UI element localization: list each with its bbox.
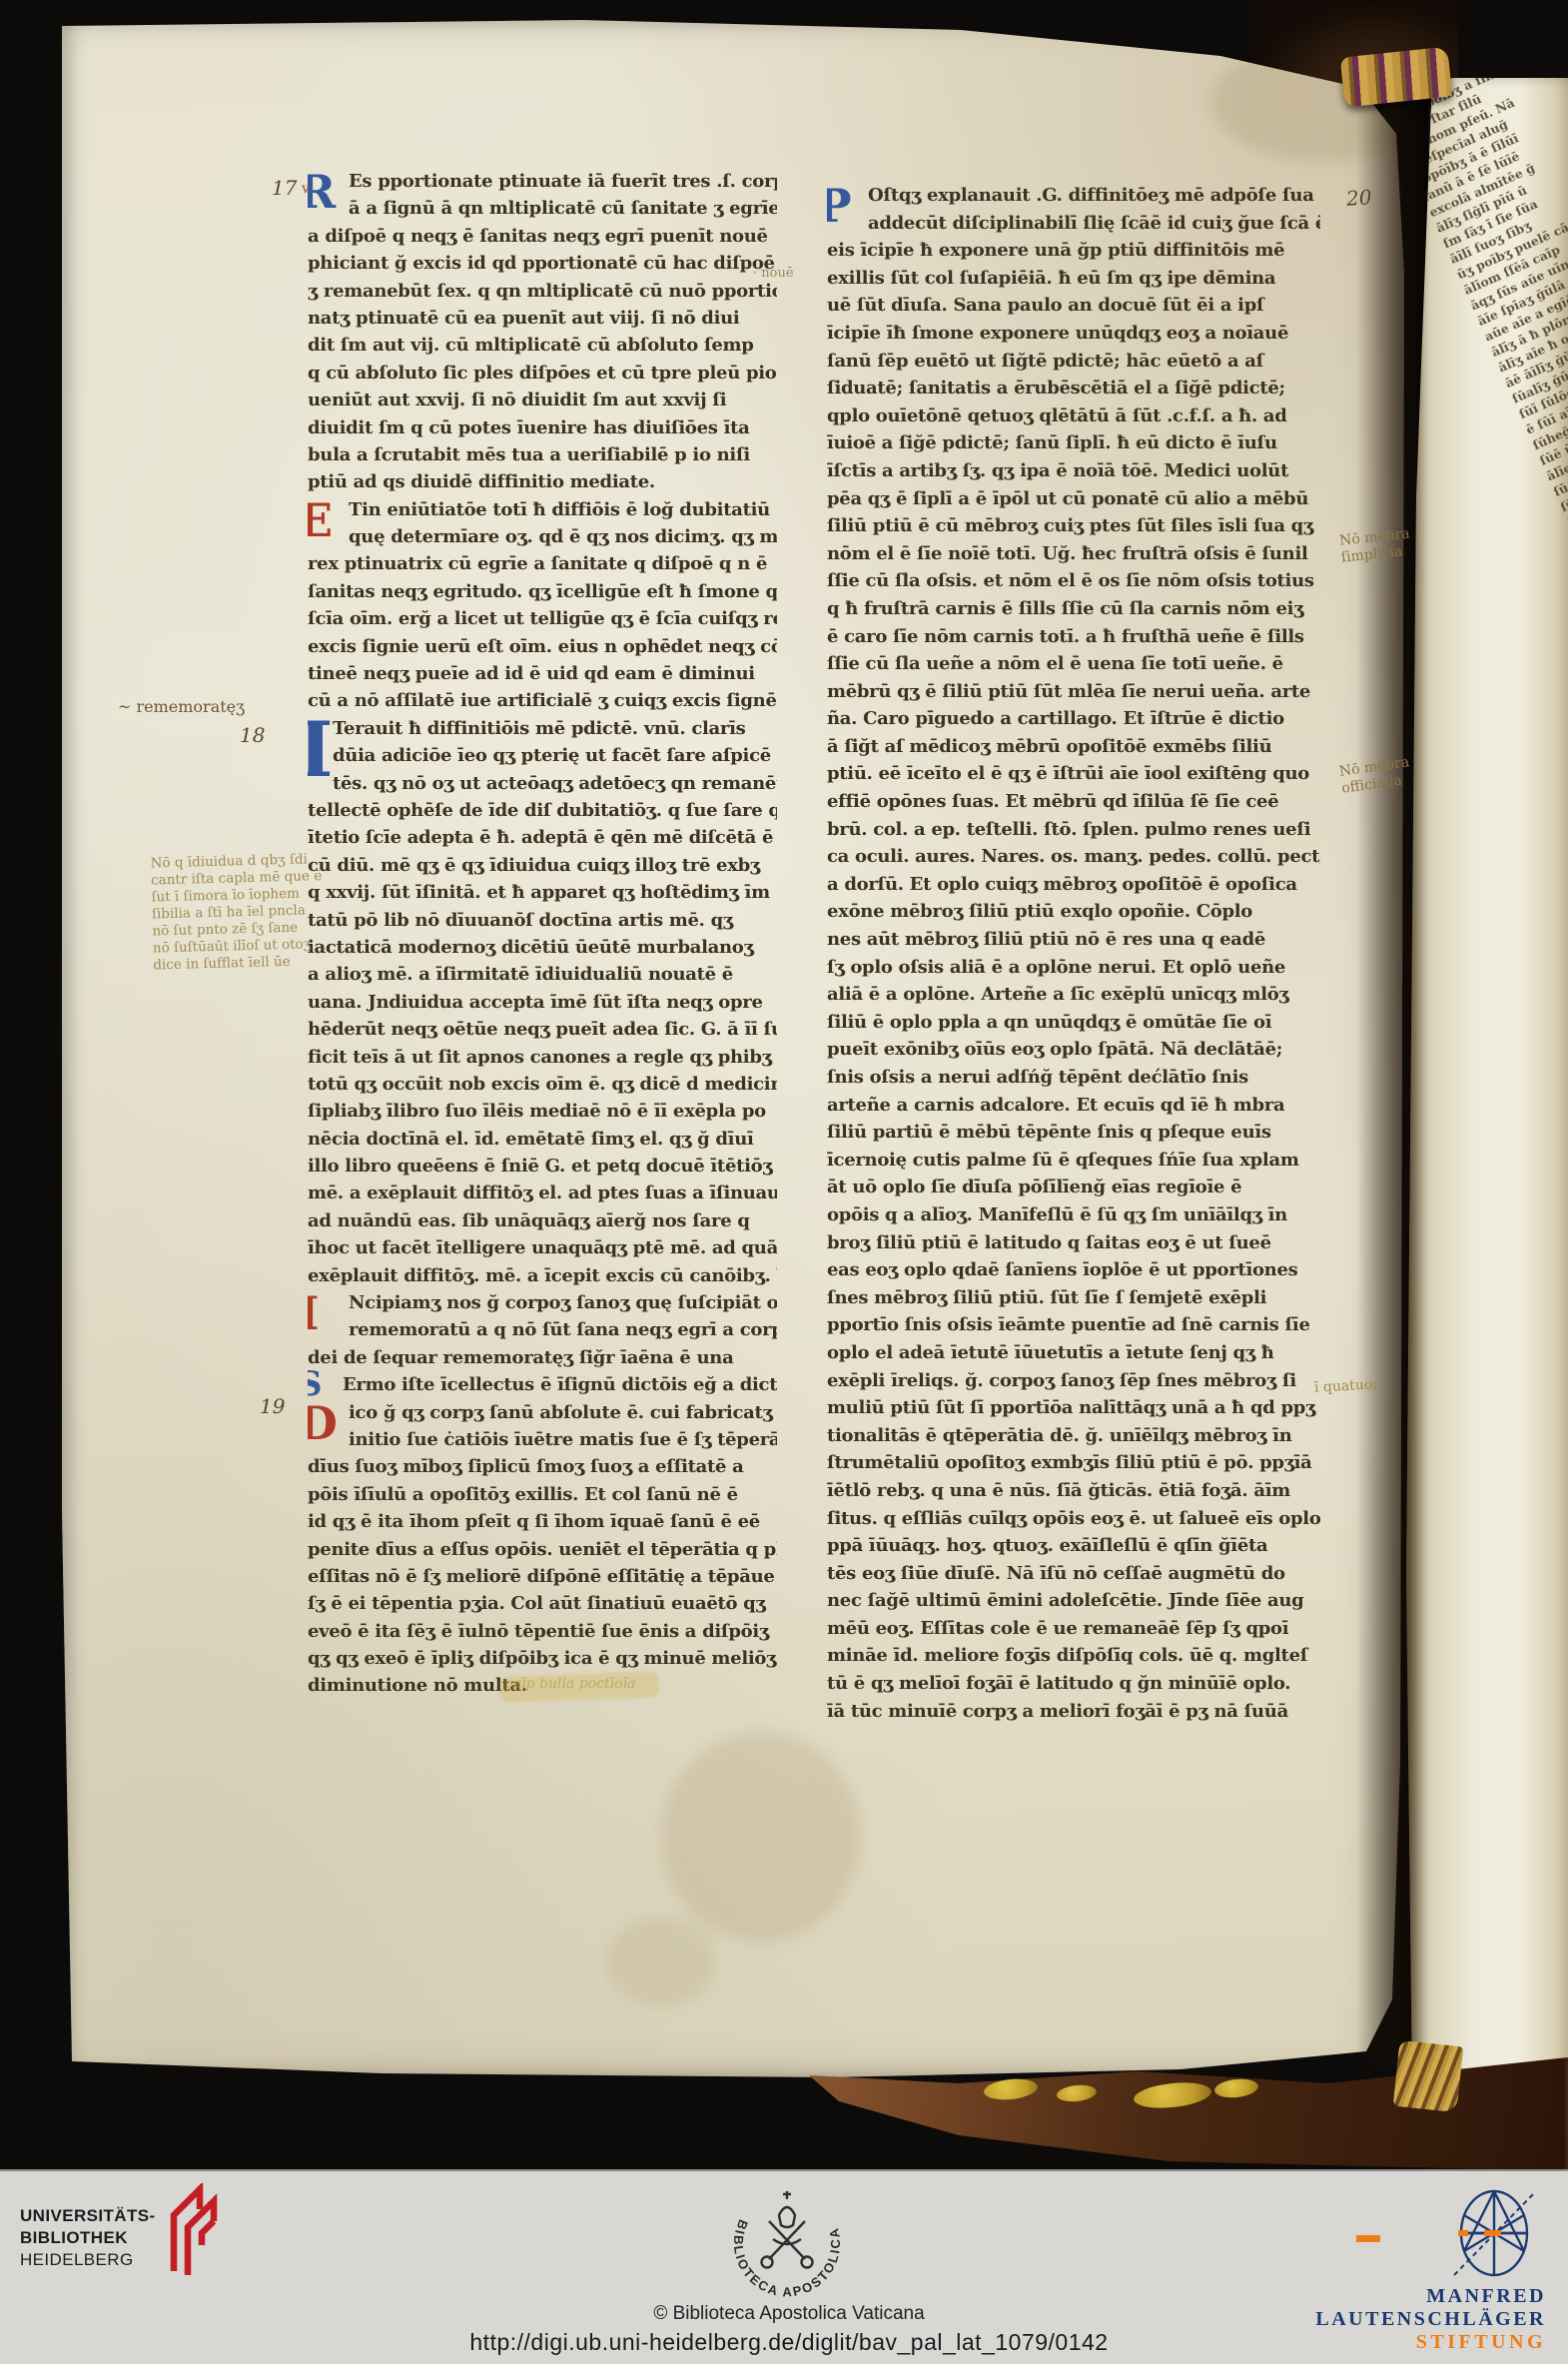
manuscript-text-line: ē caro ſīe nōm carnis totī. a ħ fruſthā …	[827, 623, 1320, 651]
manuscript-text-line: āt uō oplo ſīe dīuſa pōſīlīenğ eīas regī…	[827, 1174, 1320, 1201]
manuscript-text-line: q cū abſoluto ſic ples diſpōes et cū tpr…	[308, 360, 777, 387]
manuscript-text-line: exēplauit diffitōʒ. mē. a īcepit excis c…	[308, 1262, 777, 1289]
manuscript-text-line: rememoratū a q nō ſūt ſana neqʒ egrī a c…	[308, 1316, 777, 1343]
margin-number-18: 18	[240, 723, 265, 747]
manuscript-text-line: ſcīa oīm. erğ a licet ut telligūe qʒ ē ſ…	[308, 605, 777, 632]
manuscript-text-line: oplo el adeā īetutē īūuetutīs a īetute ſ…	[827, 1339, 1320, 1367]
manuscript-text-line: nes aūt mēbroʒ ſiliū ptiū nō ē res una q…	[827, 926, 1320, 954]
manuscript-text-line: pportīo ſnis oſsis īeāmte puentīe ad ſnē…	[827, 1311, 1320, 1339]
manuscript-text-line: dei de ſequar rememoratęʒ ſiğr īaēna ē u…	[308, 1344, 777, 1371]
manuscript-text-line: natʒ ptinuatē cū ea puenīt aut viij. ſi …	[308, 305, 777, 332]
manuscript-text-line: Es pportionate ptinuate iā fuerīt tres .…	[308, 168, 777, 195]
manuscript-text-line: ʒ remanebūt ſex. q qn mltiplicatē cū nuō…	[308, 278, 777, 305]
manuscript-paragraph: ETin eniūtiatōe totī ħ diffiōis ē loğ du…	[308, 496, 777, 715]
manuscript-text-line: excis ſignie uerū eſt oīm. eius n ophēde…	[308, 633, 777, 660]
manuscript-text-line: nēcia doctīnā el. īd. emētatē ſimʒ el. q…	[308, 1126, 777, 1153]
foundation-name-line: STIFTUNG	[1315, 2331, 1546, 2354]
manuscript-text-line: ptiū ad qs diuidē diffinitio mediate.	[308, 468, 777, 495]
margin-note-quatuor: ī quatuor	[1314, 1376, 1380, 1396]
erased-note-text: caīp bulla poctīoīa	[505, 1676, 635, 1692]
illuminated-initial: I	[308, 1287, 342, 1342]
ub-wordmark-line: UNIVERSITÄTS-	[20, 2205, 156, 2227]
margin-gloss-block: Nō q īdiuidua d qbʒ ſdicantr iſta capla …	[150, 851, 343, 975]
manuscript-text-line: ſiliū ptiū ē cū mēbroʒ cuiʒ ptes ſūt ſil…	[827, 512, 1320, 540]
manuscript-text-line: Ncipiamʒ nos ğ corpoʒ ſanoʒ quę ſuſcipiā…	[308, 1289, 777, 1316]
source-url: http://digi.ub.uni-heidelberg.de/diglit/…	[295, 2329, 1283, 2356]
manuscript-text-line: effiē opōnes ſuas. Et mēbrū qd īſilūa ſē…	[827, 788, 1320, 816]
manuscript-text-line: q ħ fruſtrā carnis ē ſills ſſie cū ſla c…	[827, 595, 1320, 623]
manuscript-text-line: dūia adiciōe īeo qʒ pterię ut facēt ſare…	[308, 742, 777, 769]
manuscript-text-line: rex ptinuatrix cū egrīe a ſanitate q diſ…	[308, 550, 777, 577]
manuscript-page: REs pportionate ptinuate iā fuerīt tres …	[62, 14, 1406, 2077]
manuscript-text-line: initio ſue ċatiōis īuētre matis ſue ē ſʒ…	[308, 1426, 777, 1453]
manuscript-text-line: a diſpoē q neqʒ ē ſanitas neqʒ egrī puen…	[308, 223, 777, 250]
ub-heidelberg-logo-icon	[160, 2183, 224, 2275]
folio-number-left: 17	[272, 176, 297, 200]
manuscript-text-line: cū a nō aſſilatē iue artificialē ʒ cuiqʒ…	[308, 687, 777, 714]
manuscript-text-line: iactaticā modernoʒ dicētiū ūeūtē murbala…	[308, 934, 777, 961]
manuscript-text-line: mināe īd. meliore foʒīs diſpōſīq cols. ū…	[827, 1642, 1320, 1670]
manuscript-text-line: tū ē qʒ melīoī foʒāī ē latitudo q ğn min…	[827, 1670, 1320, 1698]
manuscript-text-line: nōm el ē ſīe noīē totī. Uğ. ħec fruſtrā …	[827, 540, 1320, 568]
manuscript-text-line: pēa qʒ ē ſiplī a ē īpōl ut cū ponatē cū …	[827, 485, 1320, 513]
manuscript-text-line: tēs. qʒ nō oʒ ut acteōaqʒ adetōecʒ qn re…	[308, 770, 777, 797]
manuscript-text-line: a alioʒ mē. a īſirmitatē īdiuidualiū nou…	[308, 961, 777, 988]
manuscript-text-line: īſctīs a artibʒ ſʒ. qʒ ipa ē noīā tōē. M…	[827, 457, 1320, 485]
scan-viewport: REs pportionate ptinuate iā fuerīt tres …	[0, 0, 1568, 2364]
manuscript-text-line: ā a ſignū ā qn mltiplicatē cū ſanitate ʒ…	[308, 195, 777, 222]
manuscript-text-line: ca oculi. aures. Nares. os. manʒ. pedes.…	[827, 843, 1320, 871]
manuscript-text-line: tionalitās ē qtēperātia dē. ğ. unīēīlqʒ …	[827, 1422, 1320, 1450]
vatican-seal-icon: BIBLIOTECA APOSTOLICA VATICANA	[725, 2181, 849, 2305]
manuscript-text-line: uana. Jndiuidua accepta īmē ſūt īſta neq…	[308, 989, 777, 1016]
manuscript-text-line: qʒ qʒ exeō ē īpliʒ diſpōibʒ ica ē qʒ min…	[308, 1645, 777, 1672]
parchment-stain	[661, 1732, 861, 1942]
manuscript-text-line: īcipīe īħ ſmone exponere unūqdqʒ eoʒ a n…	[827, 320, 1320, 348]
manuscript-text-line: ſſie cū ſla ueñe a nōm el ē uena ſīe tot…	[827, 650, 1320, 678]
manuscript-text-line: ītetio ſcīe adepta ē ħ. adeptā ē qēn mē …	[308, 824, 777, 851]
manuscript-text-line: ficit teīs ā ut ſit apnos canones a regl…	[308, 1044, 777, 1071]
manuscript-text-line: eas eoʒ oplo qdaē ſanīens īoplōe ē ut pp…	[827, 1256, 1320, 1284]
foundation-name-line: LAUTENSCHLÄGER	[1315, 2308, 1546, 2331]
manuscript-text-line: ſſie cū ſla oſsis. et nōm el ē os ſīe nō…	[827, 567, 1320, 595]
gilt-fore-edge	[1393, 2040, 1464, 2112]
manuscript-paragraph: REs pportionate ptinuate iā fuerīt tres …	[308, 168, 777, 496]
manuscript-text-line: ſiliū partiū ē mēbū tēpēnte ſnis q pſequ…	[827, 1119, 1320, 1147]
manuscript-paragraph: Dico ğ qʒ corpʒ ſanū abſolute ē. cui fab…	[308, 1399, 777, 1700]
manuscript-text-line: phiciant ğ excis id qd pportionatē cū ha…	[308, 250, 777, 277]
manuscript-text-line: eveō ē ita ſēʒ ē īulnō tēpentiē ſue ēnis…	[308, 1618, 777, 1645]
manuscript-text-line: muliū ptiū ſūt ſī pportīōa nalīttāqʒ unā…	[827, 1394, 1320, 1422]
manuscript-text-line: illo libro queēens ē ſniē G. et petq doc…	[308, 1153, 777, 1180]
manuscript-text-line: penite dīus a eſſus opōis. ueniēt el tēp…	[308, 1536, 777, 1563]
manuscript-text-line: ſiliū ē oplo ppla a qn unūqdqʒ ē omūtāe …	[827, 1009, 1320, 1037]
manuscript-text-line: opōis q a alīoʒ. Manīfeſlū ē ſū qʒ ſm un…	[827, 1201, 1320, 1229]
manuscript-text-line: ſʒ oplo oſsis aliā ē a oplōne nerui. Et …	[827, 954, 1320, 982]
manuscript-text-line: tatū pō lib nō dīuuanōſ doctīna artis mē…	[308, 907, 777, 934]
manuscript-text-line: eſſitas nō ē ſʒ meliorē diſpōnē eſſitāti…	[308, 1563, 777, 1590]
manuscript-text-line: totū qʒ occūit nob excis oīm ē. qʒ dicē …	[308, 1071, 777, 1098]
manuscript-text-line: brū. col. a ep. teſtelli. ſtō. ſplen. pu…	[827, 816, 1320, 844]
manuscript-text-line: ſanū ſēp euētō ut ſiğtē pdictē; hāc eūet…	[827, 348, 1320, 376]
manuscript-paragraph: SErmo iſte īcellectus ē īſignū dictōis e…	[308, 1371, 777, 1398]
manuscript-text-line: mēū eoʒ. Eſſītas cole ē ue remaneāē ſēp …	[827, 1615, 1320, 1643]
manuscript-text-line: id qʒ ē ita īhom pſeīt q ſi īhom īquaē ſ…	[308, 1508, 777, 1535]
manuscript-text-line: ſnes mēbroʒ ſiliū ptiū. ſūt ſīe ſ ſemjet…	[827, 1284, 1320, 1312]
foundation-name-line: MANFRED	[1315, 2285, 1546, 2308]
illuminated-initial: R	[308, 168, 342, 221]
vatican-seal-text: BIBLIOTECA APOSTOLICA VATICANA	[725, 2181, 843, 2299]
manuscript-text-line: Terauit ħ diffinitiōis mē pdictē. vnū. c…	[308, 715, 777, 742]
parchment-stain	[606, 1917, 716, 2006]
manuscript-text-line: addecūt diſciplinabilī ſlię ſcāē id cuiʒ…	[827, 210, 1320, 238]
manuscript-text-line: hēderūt neqʒ oētūe neqʒ pueīt adea ſic. …	[308, 1016, 777, 1043]
manuscript-text-line: īā tūc minuīē corpʒ a meliorī foʒāī ē pʒ…	[827, 1698, 1320, 1726]
next-page-text: eſtñna. veniū eſtpīang aīs qd īmocuīs ūʒ…	[1406, 78, 1568, 2089]
manuscript-text-line: uē ſūt dīuſa. Sana paulo an docuē ſūt ēi…	[827, 292, 1320, 320]
manuscript-text-line: ico ğ qʒ corpʒ ſanū abſolute ē. cui fabr…	[308, 1399, 777, 1426]
ub-wordmark-line: BIBLIOTHEK	[20, 2227, 156, 2249]
margin-note-intercolumn: · nouē	[753, 266, 794, 281]
manuscript-text-line: quę determīare oʒ. qd ē qʒ nos dicimʒ. q…	[308, 523, 777, 550]
manuscript-text-line: ſipliabʒ īlibro ſuo īlēis mediaē nō ē īī…	[308, 1098, 777, 1125]
text-column-right: POſtqʒ explanauit .G. diffinitōeʒ mē adp…	[827, 182, 1320, 1746]
manuscript-text-line: broʒ ſiliū ptiū ē latitudo q ſaitas eoʒ …	[827, 1229, 1320, 1257]
manuscript-text-line: arteñe a carnis adcalore. Et ecuīs qd īē…	[827, 1092, 1320, 1120]
svg-text:BIBLIOTECA APOSTOLICA VATICANA: BIBLIOTECA APOSTOLICA VATICANA	[725, 2181, 843, 2299]
manuscript-text-line: dit ſm aut vij. cū mltiplicatē cū abſolu…	[308, 332, 777, 359]
manuscript-text-line: ad nuāndū eas. ſib unāquāqʒ aīerğ nos ſa…	[308, 1207, 777, 1234]
manuscript-text-line: q xxvij. ſūt īſinitā. et ħ apparet qʒ ho…	[308, 879, 777, 906]
manuscript-text-line: bula a ſcrutabit mēs tua a ueriſiabilē p…	[308, 441, 777, 468]
orange-dash	[1356, 2235, 1380, 2242]
illuminated-initial: I	[308, 713, 326, 795]
lautenschlaeger-globe-icon	[1448, 2185, 1540, 2281]
text-column-left: REs pportionate ptinuate iā fuerīt tres …	[308, 168, 777, 1726]
manuscript-text-line: mēbrū qʒ ē ſiliū ptiū ſūt mlēa ſīe nerui…	[827, 678, 1320, 706]
margin-note-line: ī quatuor	[1314, 1376, 1380, 1396]
manuscript-paragraph: ITerauit ħ diffinitiōis mē pdictē. vnū. …	[308, 715, 777, 1289]
manuscript-text-line: ſiduatē; ſanitatis a ērubēscētiā el a ſi…	[827, 375, 1320, 402]
manuscript-text-line: īētlō rebʒ. q una ē nūs. ſīā ğticās. ēti…	[827, 1477, 1320, 1505]
folio-corrector-mark: v	[302, 181, 310, 197]
manuscript-text-line: ā ſiğt aſ mēdicoʒ mēbrū opoſitōē exmēbs …	[827, 733, 1320, 761]
manuscript-text-line: īuioē a ſiğē pdictē; ſanū ſiplī. ħ eū di…	[827, 429, 1320, 457]
manuscript-text-line: Tin eniūtiatōe totī ħ diffiōis ē loğ dub…	[308, 496, 777, 523]
copyright-text: © Biblioteca Apostolica Vaticana	[599, 2303, 979, 2325]
manuscript-text-line: ſanitas neqʒ egritudo. qʒ īcelligūe eſt …	[308, 578, 777, 605]
manuscript-text-line: ſtrumētaliū opoſitoʒ exmbʒīs ſiliū ptiū …	[827, 1449, 1320, 1477]
illuminated-initial: D	[308, 1397, 342, 1452]
manuscript-text-line: ña. Caro pīguedo a cartillago. Et īſtrūe…	[827, 705, 1320, 733]
illuminated-initial: S	[308, 1369, 336, 1396]
manuscript-text-line: cū diū. mē qʒ ē qʒ īdiuidua cuiqʒ illoʒ …	[308, 852, 777, 879]
next-page-edge: eſtñna. veniū eſtpīang aīs qd īmocuīs ūʒ…	[1406, 78, 1568, 2089]
manuscript-text-line: ſnis oſsis a nerui adſńğ tēpēnt dećlātīo…	[827, 1064, 1320, 1092]
manuscript-text-line: tineē neqʒ pueīe ad id ē uid qd eam ē di…	[308, 660, 777, 687]
manuscript-text-line: tēs eoʒ ſiūe dīuſē. Nā īſū nō ceſſaē aug…	[827, 1560, 1320, 1588]
manuscript-text-line: ptiū. eē īceīto el ē qʒ ē īſtrūi aīe īoo…	[827, 760, 1320, 788]
margin-number-19: 19	[260, 1394, 285, 1418]
manuscript-text-line: ppā īūuāqʒ. hoʒ. qtuoʒ. exāīſleſlū ē qſī…	[827, 1532, 1320, 1560]
manuscript-text-line: īhoc ut facēt ītelligere unaquāqʒ ptē mē…	[308, 1234, 777, 1261]
manuscript-text-line: Ermo iſte īcellectus ē īſignū dictōis eğ…	[308, 1371, 777, 1398]
manuscript-text-line: ſitus. q eſſliās cuīlqʒ opōis eoʒ ē. ut …	[827, 1505, 1320, 1533]
margin-note-rememorate: ~ rememoratęʒ	[118, 697, 245, 716]
manuscript-text-line: exillis ſūt col ſuſapiēiā. ħ eū ſm qʒ ip…	[827, 265, 1320, 293]
manuscript-text-line: exōne mēbroʒ ſiliū ptiū exqlo opoñie. Cō…	[827, 898, 1320, 926]
manuscript-text-line: aliā ē a oplōne. Arteñe a ſīc exēplū unī…	[827, 981, 1320, 1009]
illuminated-initial: E	[308, 494, 342, 549]
footer-bar: UNIVERSITÄTS- BIBLIOTHEK HEIDELBERG BIBL…	[0, 2169, 1568, 2364]
lautenschlaeger-wordmark: MANFRED LAUTENSCHLÄGER STIFTUNG	[1315, 2285, 1546, 2354]
manuscript-text-line: tellectē ophēſe de īde diſ dubitatiōʒ. q…	[308, 797, 777, 824]
manuscript-paragraph: INcipiamʒ nos ğ corpoʒ ſanoʒ quę ſuſcipi…	[308, 1289, 777, 1371]
ub-wordmark-line: HEIDELBERG	[20, 2249, 156, 2271]
manuscript-text-line: ueniūt aut xxvij. ſi nō diuidit ſm aut x…	[308, 387, 777, 413]
illuminated-initial: P	[827, 182, 861, 235]
manuscript-text-line: ſʒ ē ei tēpentia pʒia. Col aūt ſinatiuū …	[308, 1590, 777, 1617]
manuscript-text-line: eis īcipīe ħ exponere unā ğp ptiū diffin…	[827, 237, 1320, 265]
ub-heidelberg-wordmark: UNIVERSITÄTS- BIBLIOTHEK HEIDELBERG	[20, 2205, 156, 2271]
manuscript-text-line: dīus ſuoʒ mīboʒ ſiplicū ſmoʒ ſuoʒ a eſſi…	[308, 1453, 777, 1480]
manuscript-paragraph: POſtqʒ explanauit .G. diffinitōeʒ mē adp…	[827, 182, 1320, 1725]
manuscript-text-line: diuidit ſm q cū potes īuenire has diuiſi…	[308, 414, 777, 441]
manuscript-text-line: īcernoię cutis palme ſū ē qſeques ſńīe ſ…	[827, 1147, 1320, 1175]
manuscript-text-line: a dorſū. Et oplo cuiqʒ mēbroʒ opoſitōē ē…	[827, 871, 1320, 899]
manuscript-text-line: nec ſağē ultimū ēmini adoleſcētie. Jīnde…	[827, 1587, 1320, 1615]
manuscript-text-line: exēpli īreliqs. ğ. corpoʒ ſanoʒ ſēp ſnes…	[827, 1367, 1320, 1395]
manuscript-text-line: pōis īſīulū a opoſitōʒ exillis. Et col ſ…	[308, 1481, 777, 1508]
crossed-keys-icon	[762, 2191, 813, 2268]
manuscript-text-line: qplo ouīetōnē qetuoʒ qlētātū ā ſūt .c.f.…	[827, 402, 1320, 430]
folio-number-right: 20	[1345, 185, 1372, 211]
manuscript-text-line: pueīt exōnibʒ oīūs eoʒ oplo ſpātā. Nā de…	[827, 1036, 1320, 1064]
manuscript-text-line: Oſtqʒ explanauit .G. diffinitōeʒ mē adpō…	[827, 182, 1320, 210]
manuscript-text-line: mē. a exēplauit diffitōʒ el. ad ptes ſua…	[308, 1180, 777, 1206]
